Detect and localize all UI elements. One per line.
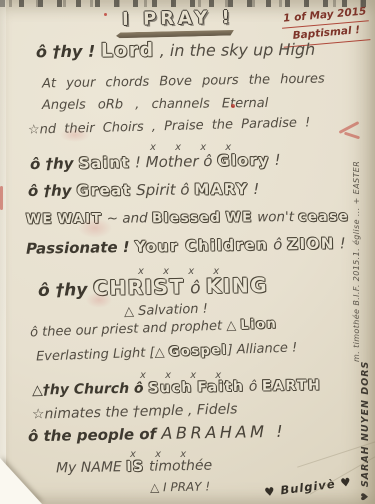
decorated-word: cease <box>298 209 349 225</box>
pink-smudge <box>86 292 112 308</box>
prayer-line-8: Passionate ! Your Children ô ZION ! <box>26 236 346 257</box>
text-segment: ! <box>270 151 281 169</box>
decorated-word: Great <box>77 181 132 199</box>
prayer-line-13: △†hy Church ô Such Faith ô EARTH <box>32 378 321 397</box>
decorated-word: Saint <box>79 153 131 172</box>
text-segment: Everlasting Light [△ <box>36 345 169 365</box>
prayer-line-12: Everlasting Light [△ Gospel] Alliance ! <box>36 341 298 363</box>
margin-name-vertical: ♥ SARAH NUYEN DORS <box>360 351 371 501</box>
text-segment: ô †hy <box>28 182 77 200</box>
prayer-line-15: ô the people of ABRAHAM ! <box>28 424 286 445</box>
scan-edge-highlight <box>0 0 6 504</box>
text-segment: ☆nimates the †emple , Fidels <box>32 401 238 422</box>
text-segment: Spirit ô <box>131 181 194 200</box>
text-segment: ô the people of <box>28 425 162 445</box>
text-segment: timothée <box>144 458 212 475</box>
red-ink-scribble <box>344 132 360 140</box>
text-segment: ô †hy <box>30 154 79 173</box>
text-segment: ! <box>248 180 259 198</box>
margin-note-vertical: m. timothée B.I.F. 2015.1. église ... + … <box>352 144 361 362</box>
decorated-word: ABRAHAM ! <box>161 422 286 443</box>
prayer-line-1: ô †hy ! Lord , in the sky up High <box>36 40 315 61</box>
red-ink-dot <box>231 104 235 108</box>
text-segment: ô thee our priest and prophet △ <box>30 318 241 340</box>
corner-fold <box>0 458 42 504</box>
decorated-word: KING <box>206 273 269 298</box>
prayer-line-7: WE WAIT ~ and Blessed WE won't cease <box>26 211 349 227</box>
page-title: I PRAY ! <box>122 7 234 30</box>
text-segment: My NAME <box>56 459 127 476</box>
pink-smudge <box>78 218 112 238</box>
prayer-line-14: ☆nimates the †emple , Fidels <box>32 402 238 421</box>
title-underline <box>116 29 234 38</box>
text-segment: △ I PRAY ! <box>150 479 210 494</box>
decorated-word: WE <box>26 211 53 227</box>
prayer-line-2: At your chords Bove pours the houres <box>42 73 325 91</box>
text-segment: won't <box>253 209 299 225</box>
text-segment: At your chords Bove pours the houres <box>42 72 325 92</box>
red-ink-edge-mark <box>0 186 3 210</box>
decorated-word: ZION <box>287 234 335 253</box>
scanned-prayer-page: I PRAY ! 1 of May 2015 Baptismal ! ô †hy… <box>0 0 375 504</box>
pink-smudge <box>60 128 90 142</box>
prayer-line-16: My NAME IS timothée <box>56 459 212 476</box>
decorated-word: Faith <box>197 379 244 396</box>
text-segment: ] Alliance ! <box>227 340 297 357</box>
decorated-word: EARTH <box>262 377 322 394</box>
decorated-word: MARY <box>194 180 248 198</box>
decorated-word: WE <box>226 209 253 225</box>
prayer-line-9: ô †hy CHRIST ô KING <box>38 275 268 300</box>
prayer-line-11: ô thee our priest and prophet △ Lion <box>30 318 278 340</box>
text-segment: ô <box>244 379 262 395</box>
decorated-word: Lord <box>101 39 155 61</box>
text-segment: , in the sky up High <box>155 40 316 60</box>
prayer-line-10: △ Salvation ! <box>124 303 208 319</box>
text-segment: ô <box>185 278 207 298</box>
text-segment: Passionate ! <box>26 238 135 258</box>
text-segment: ô <box>268 235 287 253</box>
decorated-word: Lion <box>240 317 277 333</box>
text-segment: △†hy Church ô <box>32 380 149 398</box>
torn-paper-edge <box>0 0 375 7</box>
red-ink-dot <box>104 13 107 16</box>
text-segment: ô †hy ! <box>36 42 101 62</box>
text-segment: ! Mother ô <box>130 152 217 172</box>
decorated-word: Glory <box>217 151 270 170</box>
signature-hearts: ♥ Bulgivè ♥ <box>263 475 352 500</box>
decorated-word: Your Children <box>135 236 269 256</box>
text-segment: ! <box>335 234 346 252</box>
decorated-word: IS <box>126 459 145 475</box>
decorated-word: Such <box>148 380 193 397</box>
text-segment: ô †hy <box>38 280 94 301</box>
decorated-word: Blessed <box>152 210 222 227</box>
prayer-line-6: ô †hy Great Spirit ô MARY ! <box>28 182 259 199</box>
text-segment: △ Salvation ! <box>124 302 208 320</box>
prayer-line-5: ô †hy Saint ! Mother ô Glory ! <box>30 153 281 172</box>
prayer-line-17: △ I PRAY ! <box>150 480 210 493</box>
decorated-word: Gospel <box>168 343 227 360</box>
